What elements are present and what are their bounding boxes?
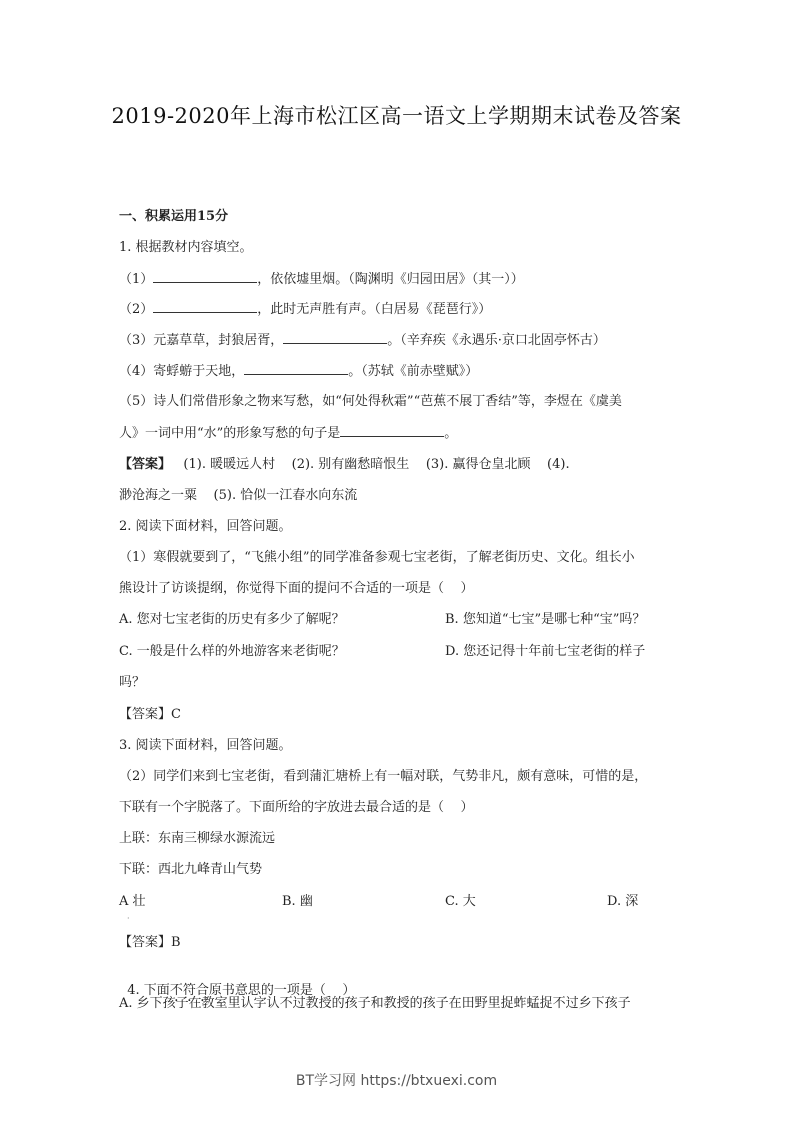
q1-answer-line1: 【答案】 (1). 暖暖远人村 (2). 别有幽愁暗恨生 (3). 赢得仓皇北顾… <box>119 456 570 474</box>
watermark: BT学习网 https://btxuexi.com <box>0 1070 793 1090</box>
q2-stem: 2. 阅读下面材料，回答问题。 <box>119 518 292 536</box>
q2-option-c: C. 一般是什么样的外地游客来老街呢？ <box>119 643 345 661</box>
q3-upper-couplet: 上联：东南三柳绿水源流远 <box>119 830 275 848</box>
q3-para-line1: （2）同学们来到七宝老街，看到蒲汇塘桥上有一幅对联，气势非凡，颇有意味，可惜的是… <box>119 768 647 786</box>
answer-label: 【答案】 <box>119 457 171 472</box>
q1-item-4: （4）寄蜉蝣于天地，。（苏轼《前赤壁赋》） <box>119 362 478 381</box>
q1-item-3-prefix: （3）元嘉草草，封狼居胥， <box>119 333 283 348</box>
q3-option-b: B. 幽 <box>282 893 313 911</box>
q1-item-5-suffix: 。 <box>444 426 457 441</box>
q1-answer-line2: 渺沧海之一粟 (5). 恰似一江春水向东流 <box>119 487 357 505</box>
answer-blank <box>283 331 387 344</box>
q2-option-b: B. 您知道“七宝”是哪七种“宝”吗？ <box>445 611 645 629</box>
q2-option-d-cont: 吗？ <box>119 674 145 692</box>
q3-lower-couplet: 下联：西北九峰青山气势 <box>119 861 262 879</box>
section-heading: 一、积累运用15分 <box>119 208 228 226</box>
q2-answer: 【答案】C <box>119 706 181 724</box>
q1-item-1: （1），依依墟里烟。（陶渊明《归园田居》（其一）） <box>119 270 524 289</box>
q2-option-a: A. 您对七宝老街的历史有多少了解呢？ <box>119 611 345 629</box>
stray-mark: · <box>127 914 130 923</box>
q3-option-a: A 壮 <box>119 893 146 911</box>
answer-blank <box>340 424 444 437</box>
q1-item-5-line2: 人》一词中用“水”的形象写愁的句子是。 <box>119 424 457 443</box>
q3-para-line2: 下联有一个字脱落了。下面所给的字放进去最合适的是（ ） <box>119 799 474 817</box>
q1-item-2-prefix: （2） <box>119 302 153 317</box>
q1-item-2: （2），此时无声胜有声。（白居易《琵琶行》） <box>119 300 491 319</box>
answer-blank <box>153 300 257 313</box>
q3-stem: 3. 阅读下面材料，回答问题。 <box>119 737 292 755</box>
answer-blank <box>153 270 257 283</box>
q2-option-d: D. 您还记得十年前七宝老街的样子 <box>445 643 645 661</box>
q3-option-d: D. 深 <box>607 893 638 911</box>
q1-item-1-prefix: （1） <box>119 272 153 287</box>
q2-para-line1: （1）寒假就要到了，“飞熊小组”的同学准备参观七宝老街，了解老街历史、文化。组长… <box>119 549 635 567</box>
answer-blank <box>244 362 348 375</box>
q2-para-line2: 熊设计了访谈提纲，你觉得下面的提问不合适的一项是（ ） <box>119 580 474 598</box>
q1-item-1-suffix: ，依依墟里烟。（陶渊明《归园田居》（其一）） <box>257 272 524 287</box>
q1-item-4-suffix: 。（苏轼《前赤壁赋》） <box>348 364 478 379</box>
q1-item-4-prefix: （4）寄蜉蝣于天地， <box>119 364 244 379</box>
q1-item-5-line1: （5）诗人们常借形象之物来写愁，如“何处得秋霜”“芭蕉不展丁香结”等，李煜在《虞… <box>119 393 622 411</box>
q1-answer-text: (1). 暖暖远人村 (2). 别有幽愁暗恨生 (3). 赢得仓皇北顾 (4). <box>171 457 570 472</box>
document-title: 2019-2020年上海市松江区高一语文上学期期末试卷及答案 <box>0 100 793 130</box>
q3-answer: 【答案】B <box>119 934 181 952</box>
q4-option-a: A. 乡下孩子在教室里认字认不过教授的孩子和教授的孩子在田野里捉蚱蜢捉不过乡下孩… <box>119 995 631 1013</box>
q1-item-2-suffix: ，此时无声胜有声。（白居易《琵琶行》） <box>257 302 491 317</box>
q1-stem: 1. 根据教材内容填空。 <box>119 239 253 257</box>
q1-item-5-prefix: 人》一词中用“水”的形象写愁的句子是 <box>119 426 340 441</box>
q3-option-c: C. 大 <box>445 893 476 911</box>
q1-item-3-suffix: 。（辛弃疾《永遇乐·京口北固亭怀古） <box>387 333 606 348</box>
q1-item-3: （3）元嘉草草，封狼居胥，。（辛弃疾《永遇乐·京口北固亭怀古） <box>119 331 606 350</box>
